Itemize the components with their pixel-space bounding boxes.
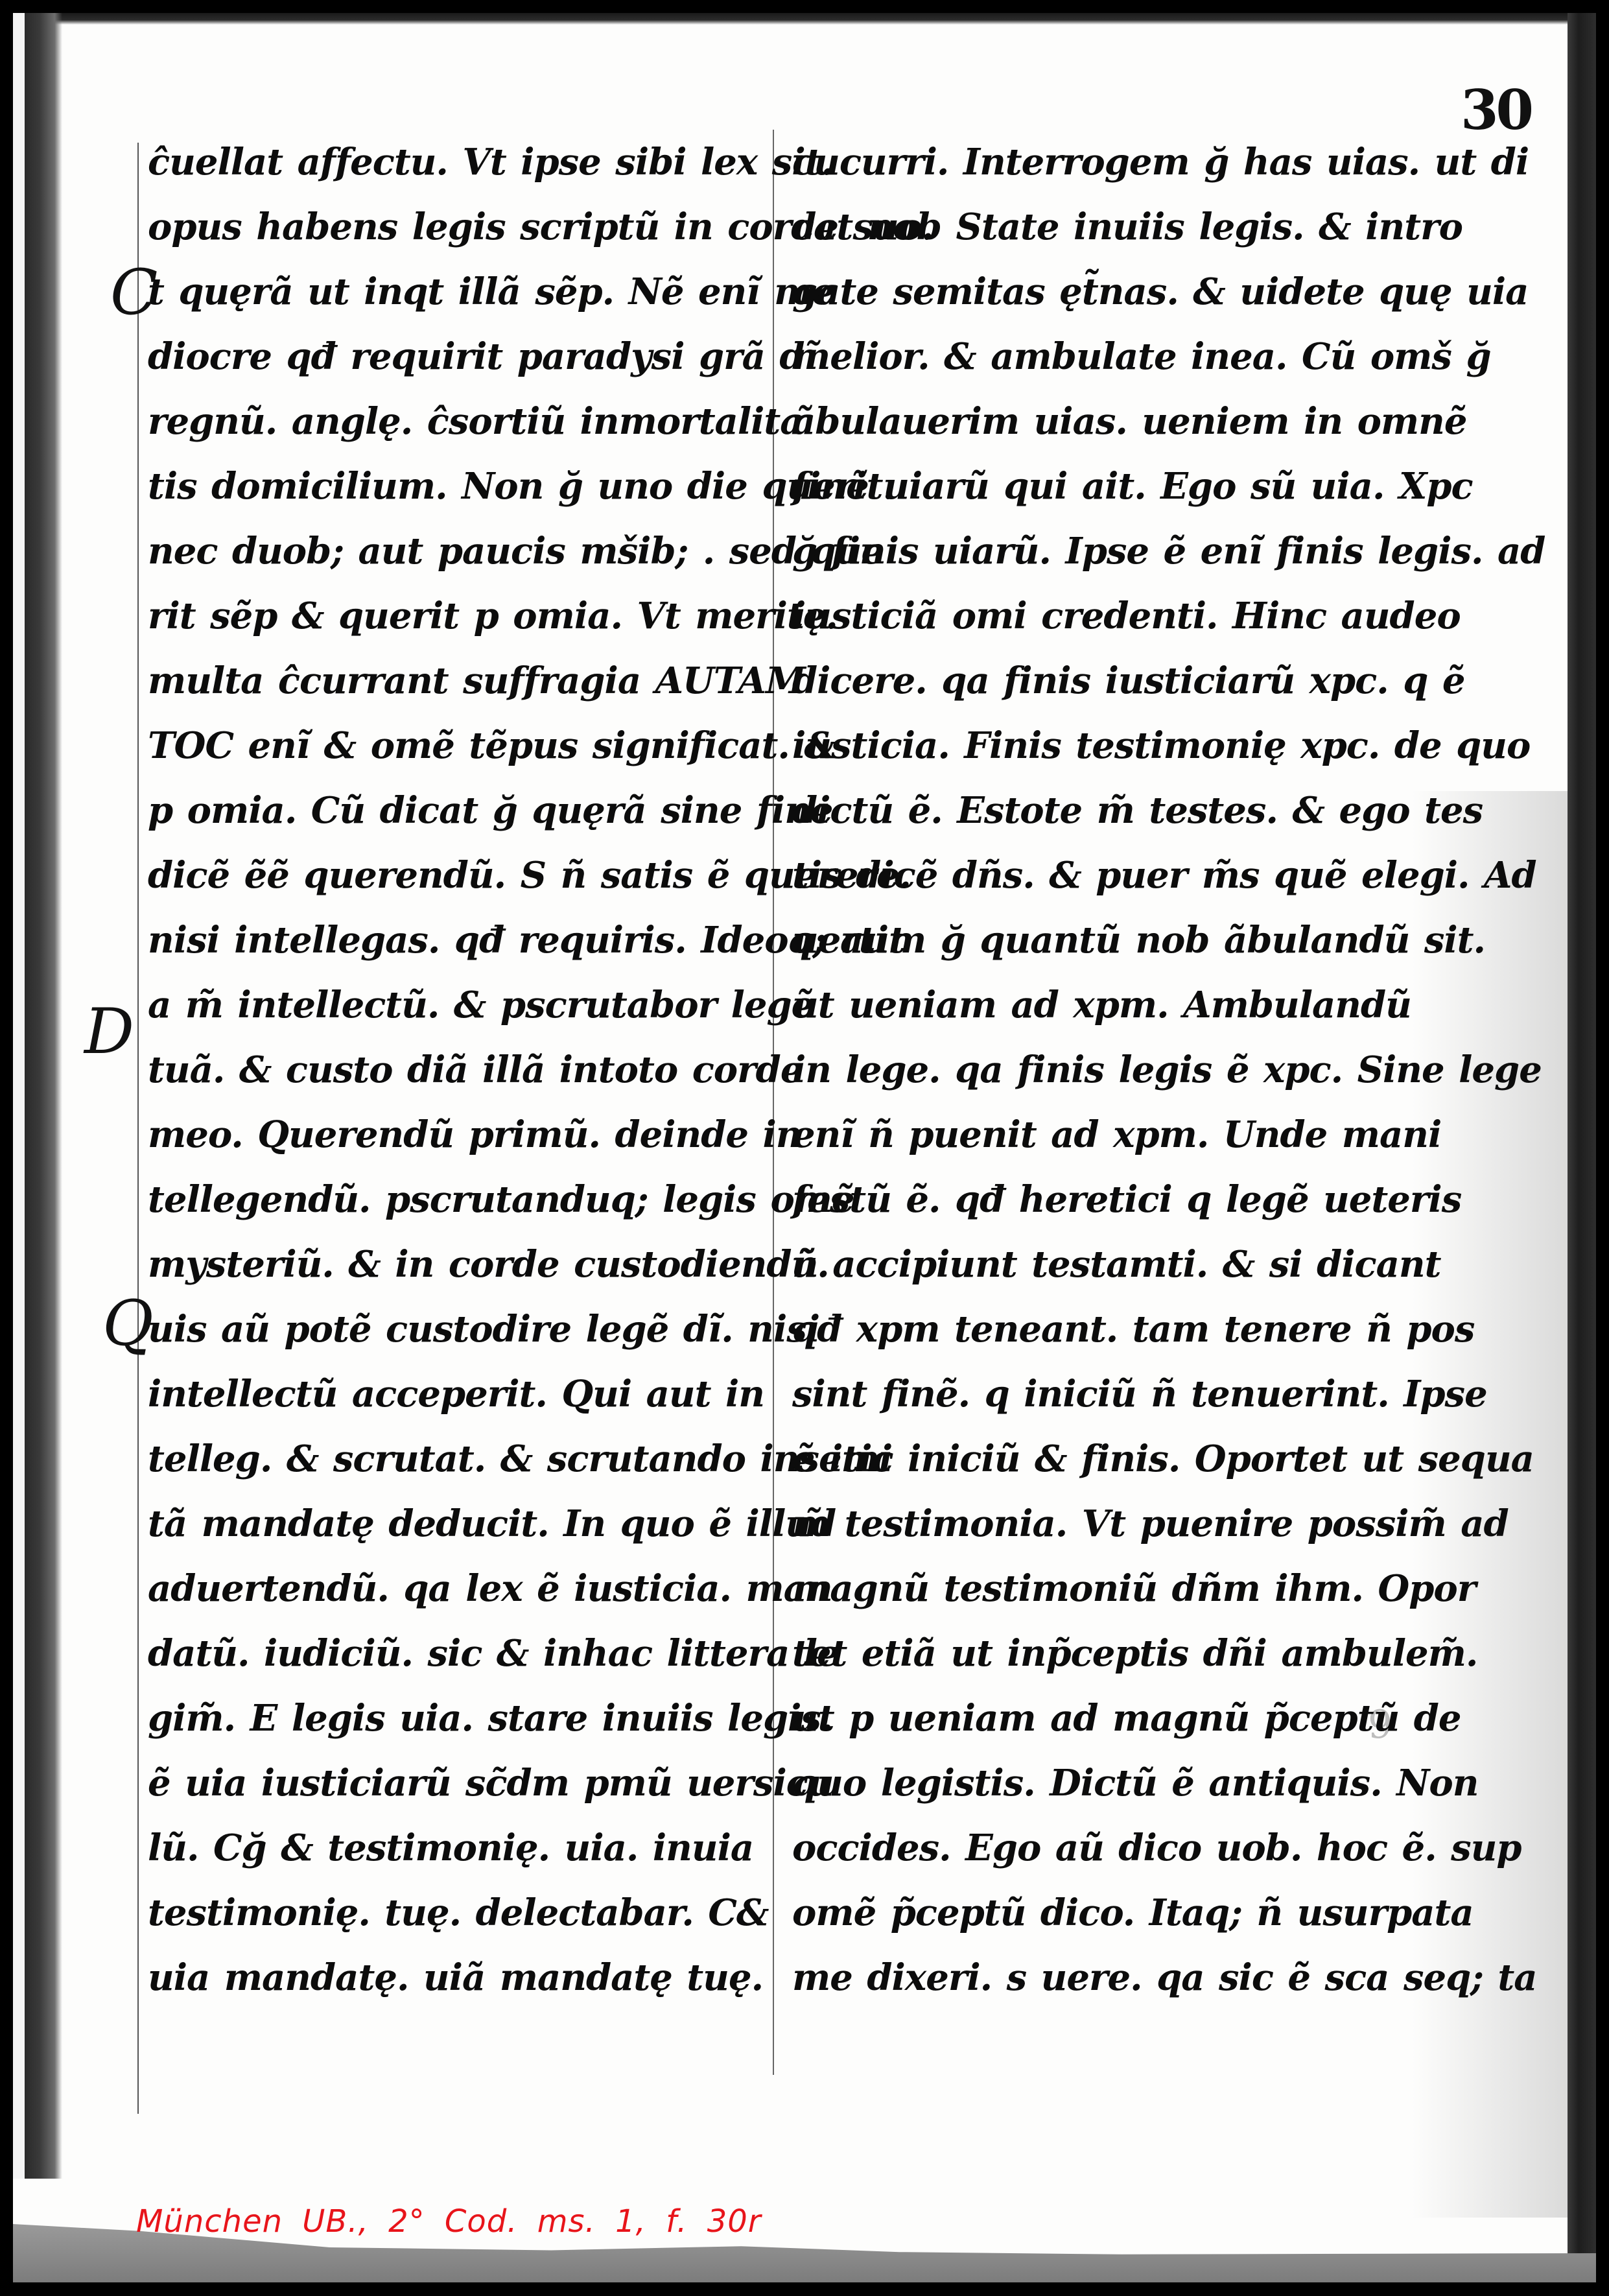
- text-line: dicẽ ẽẽ querendũ. S ñ satis ẽ querere.: [148, 843, 731, 908]
- margin-initial-q: Q: [102, 1287, 154, 1360]
- text-line: a m̃ intellectũ. & pscrutabor legẽ: [148, 973, 731, 1037]
- page-left-margin-strip: [13, 13, 25, 2179]
- text-line: ãbulauerim uias. ueniem in omnẽ: [792, 389, 1389, 454]
- text-line: aduertendũ. qa lex ẽ iusticia. man: [148, 1556, 731, 1621]
- margin-initial-d: D: [84, 995, 134, 1068]
- text-line: dictũ ẽ. Estote m̃ testes. & ego tes: [792, 778, 1389, 843]
- text-line: regnũ. anglę. ĉsortiũ inmortalita: [148, 389, 731, 454]
- folio-number: 30: [1461, 78, 1531, 142]
- text-line: datũ. iudiciũ. sic & inhac littera le: [148, 1621, 731, 1686]
- text-line: TOC enĩ & omẽ tẽpus significat. &: [148, 713, 731, 778]
- page-left-edge-shadow: [25, 13, 62, 2179]
- text-line: rit sẽp & querit p omia. Vt meritę.: [148, 584, 731, 648]
- text-line: tis domicilium. Non ğ uno die querit.: [148, 454, 731, 519]
- text-line: occides. Ego aũ dico uob. hoc ẽ. sup: [792, 1816, 1389, 1880]
- text-line: festũ ẽ. qđ heretici q legẽ ueteris: [792, 1167, 1389, 1232]
- text-line: tellegendũ. pscrutanduq; legis omẽ: [148, 1167, 731, 1232]
- text-line: p omia. Cũ dicat ğ quęrã sine fine: [148, 778, 731, 843]
- text-line: ğ finis uiarũ. Ipse ẽ enĩ finis legis. a…: [792, 519, 1389, 584]
- page-top-edge: [13, 13, 1596, 25]
- text-column-left: ĉuellat affectu. Vt ipse sibi lex sit. o…: [148, 130, 731, 2010]
- text-line: me dixeri. s uere. qa sic ẽ sca seq; ta: [792, 1945, 1389, 2010]
- text-line: tuã. & custo diã illã intoto corde: [148, 1037, 731, 1102]
- text-line: tis dicẽ dñs. & puer m̃s quẽ elegi. Ad: [792, 843, 1389, 908]
- text-line: gim̃. E legis uia. stare inuiis legis.: [148, 1686, 731, 1751]
- text-line: meo. Querendũ primũ. deinde in: [148, 1102, 731, 1167]
- text-line: mysteriũ. & in corde custodiendũ.: [148, 1232, 731, 1297]
- text-line: enĩ ñ puenit ad xpm. Unde mani: [792, 1102, 1389, 1167]
- text-line: telleg. & scrutat. & scrutando insemi: [148, 1426, 731, 1491]
- text-line: lũ. Cğ & testimonię. uia. inuia: [148, 1816, 731, 1880]
- text-column-right: cucurri. Interrogem ğ has uias. ut di ca…: [792, 130, 1389, 2010]
- text-line: quo legistis. Dictũ ẽ antiquis. Non: [792, 1751, 1389, 1816]
- text-line: uertim ğ quantũ nob ãbulandũ sit.: [792, 908, 1389, 973]
- text-line: tã mandatę deducit. In quo ẽ illud: [148, 1491, 731, 1556]
- left-column-ruling-line: [137, 143, 139, 2114]
- text-line: ñ accipiunt testamti. & si dicant: [792, 1232, 1389, 1297]
- text-line: melior. & ambulate inea. Cũ omš ğ: [792, 324, 1389, 389]
- text-line: opus habens legis scriptũ in corde suo.: [148, 195, 731, 259]
- text-line: nisi intellegas. qđ requiris. Ideoq; aut: [148, 908, 731, 973]
- text-line: in lege. qa finis legis ẽ xpc. Sine lege: [792, 1037, 1389, 1102]
- text-line: ĉuellat affectu. Vt ipse sibi lex sit.: [148, 130, 731, 195]
- text-line: t quęrã ut inqt illã sẽp. Nẽ enĩ me: [148, 259, 731, 324]
- text-line: m̃ testimonia. Vt puenire possim̃ ad: [792, 1491, 1389, 1556]
- text-line: finẽ uiarũ qui ait. Ego sũ uia. Xpc: [792, 454, 1389, 519]
- text-line: cucurri. Interrogem ğ has uias. ut di: [792, 130, 1389, 195]
- text-line: iusticia. Finis testimonię xpc. de quo: [792, 713, 1389, 778]
- text-line: nec duob; aut paucis mšib; . sed que: [148, 519, 731, 584]
- text-line: cat nob State inuiis legis. & intro: [792, 195, 1389, 259]
- text-line: diocre qđ requirit paradysi grã dĩ: [148, 324, 731, 389]
- text-line: gate semitas ęt̃nas. & uidete quę uia: [792, 259, 1389, 324]
- text-line: ut p ueniam ad magnũ p̃ceptũ de: [792, 1686, 1389, 1751]
- text-line: omẽ p̃ceptũ dico. Itaq; ñ usurpata: [792, 1880, 1389, 1945]
- page-right-edge-shadow: [1568, 13, 1596, 2282]
- text-line: testimonię. tuę. delectabar. C&: [148, 1880, 731, 1945]
- text-line: sint finẽ. q iniciũ ñ tenuerint. Ipse: [792, 1362, 1389, 1426]
- text-line: tet etiã ut inp̃ceptis dñi ambulem̃.: [792, 1621, 1389, 1686]
- text-line: multa ĉcurrant suffragia AUTAM: [148, 648, 731, 713]
- shelfmark-annotation: München UB., 2° Cod. ms. 1, f. 30r: [136, 2203, 762, 2240]
- text-line: ẽ itic iniciũ & finis. Oportet ut sequa: [792, 1426, 1389, 1491]
- text-line: iusticiã omi credenti. Hinc audeo: [792, 584, 1389, 648]
- text-line: ut ueniam ad xpm. Ambulandũ: [792, 973, 1389, 1037]
- text-line: qđ xpm teneant. tam tenere ñ pos: [792, 1297, 1389, 1362]
- text-line: uis aũ potẽ custodire legẽ dĩ. nisi: [148, 1297, 731, 1362]
- text-line: ẽ uia iusticiarũ sc̃dm pmũ uersicu: [148, 1751, 731, 1816]
- text-line: magnũ testimoniũ dñm ihm. Opor: [792, 1556, 1389, 1621]
- text-line: uia mandatę. uiã mandatę tuę.: [148, 1945, 731, 2010]
- text-line: dicere. qa finis iusticiarũ xpc. q ẽ: [792, 648, 1389, 713]
- text-line: intellectũ acceperit. Qui aut in: [148, 1362, 731, 1426]
